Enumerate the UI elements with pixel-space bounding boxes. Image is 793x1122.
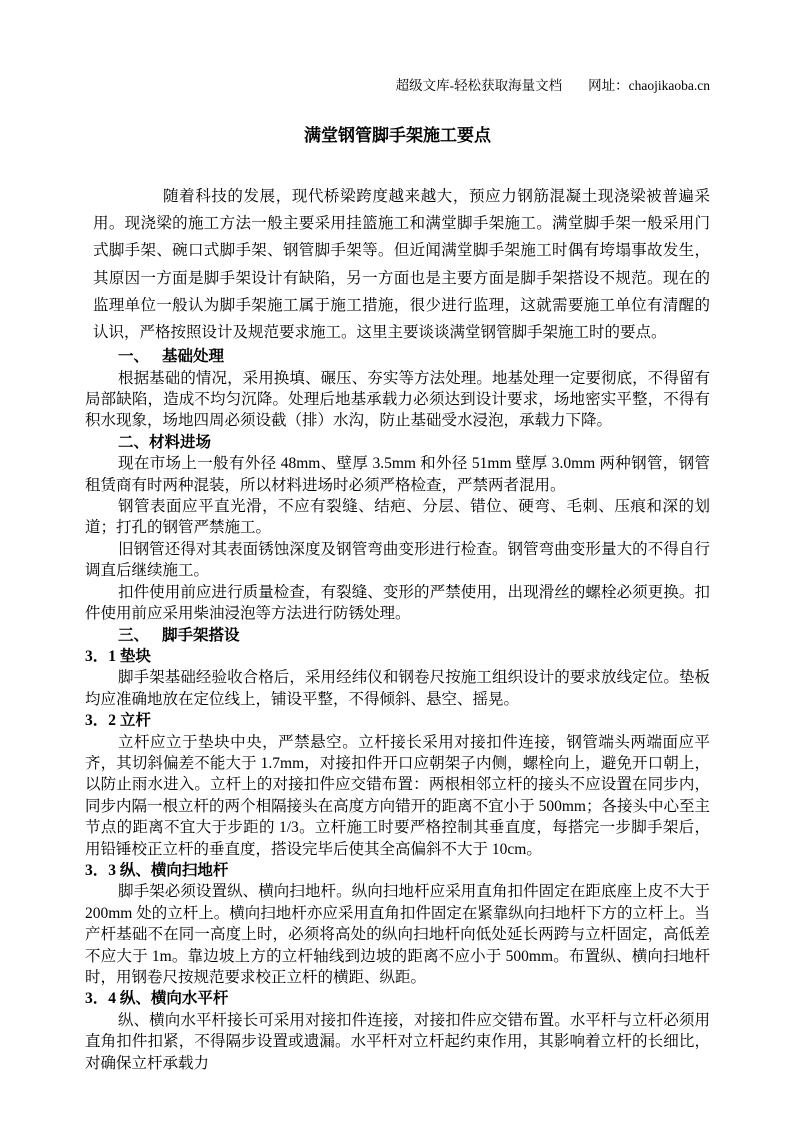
page-header: 超级文库-轻松获取海量文档网址：chaojikaoba.cn (85, 74, 710, 94)
watermark-url-label: 网址： (588, 78, 629, 93)
document-body: 随着科技的发展，现代桥梁跨度越来越大，预应力钢筋混凝土现浇梁被普遍采用。现浇梁的… (85, 183, 710, 1074)
body-paragraph: 钢管表面应平直光滑，不应有裂缝、结疤、分层、错位、硬弯、毛刺、压痕和深的划道；打… (85, 496, 710, 539)
watermark-url: chaojikaoba.cn (629, 78, 710, 93)
document-page: 超级文库-轻松获取海量文档网址：chaojikaoba.cn 满堂钢管脚手架施工… (0, 0, 793, 1122)
watermark-site-name: 超级文库-轻松获取海量文档 (396, 78, 563, 93)
section-label: 材料进场 (149, 434, 211, 451)
section-number: 一、 (118, 348, 149, 365)
body-paragraph: 现在市场上一般有外径 48mm、壁厚 3.5mm 和外径 51mm 壁厚 3.0… (85, 453, 710, 496)
section-label: 基础处理 (162, 348, 224, 365)
intro-paragraph: 随着科技的发展，现代桥梁跨度越来越大，预应力钢筋混凝土现浇梁被普遍采用。现浇梁的… (85, 183, 710, 346)
body-paragraph: 立杆应立于垫块中央，严禁悬空。立杆接长采用对接扣件连接，钢管端头两端面应平齐，其… (85, 732, 710, 860)
body-paragraph: 扣件使用前应进行质量检查，有裂缝、变形的严禁使用，出现滑丝的螺栓必须更换。扣件使… (85, 582, 710, 625)
body-paragraph: 纵、横向水平杆接长可采用对接扣件连接，对接扣件应交错布置。水平杆与立杆必须用直角… (85, 1010, 710, 1074)
section-heading-1: 一、基础处理 (85, 346, 710, 367)
body-paragraph: 脚手架必须设置纵、横向扫地杆。纵向扫地杆应采用直角扣件固定在距底座上皮不大于 2… (85, 881, 710, 988)
sub-heading-3-2: 3．2 立杆 (85, 710, 710, 731)
section-label: 脚手架搭设 (162, 627, 240, 644)
sub-heading-3-4: 3．4 纵、横向水平杆 (85, 988, 710, 1009)
sub-heading-3-1: 3．1 垫块 (85, 646, 710, 667)
body-paragraph: 旧钢管还得对其表面锈蚀深度及钢管弯曲变形进行检查。钢管弯曲变形量大的不得自行调直… (85, 539, 710, 582)
section-number: 二、 (118, 434, 149, 451)
section-heading-2: 二、材料进场 (85, 432, 710, 453)
section-number: 三、 (118, 627, 149, 644)
sub-heading-3-3: 3．3 纵、横向扫地杆 (85, 860, 710, 881)
section-heading-3: 三、脚手架搭设 (85, 625, 710, 646)
body-paragraph: 根据基础的情况，采用换填、碾压、夯实等方法处理。地基处理一定要彻底，不得留有局部… (85, 368, 710, 432)
document-title: 满堂钢管脚手架施工要点 (85, 121, 710, 146)
body-paragraph: 脚手架基础经验收合格后，采用经纬仪和钢卷尺按施工组织设计的要求放线定位。垫板均应… (85, 667, 710, 710)
